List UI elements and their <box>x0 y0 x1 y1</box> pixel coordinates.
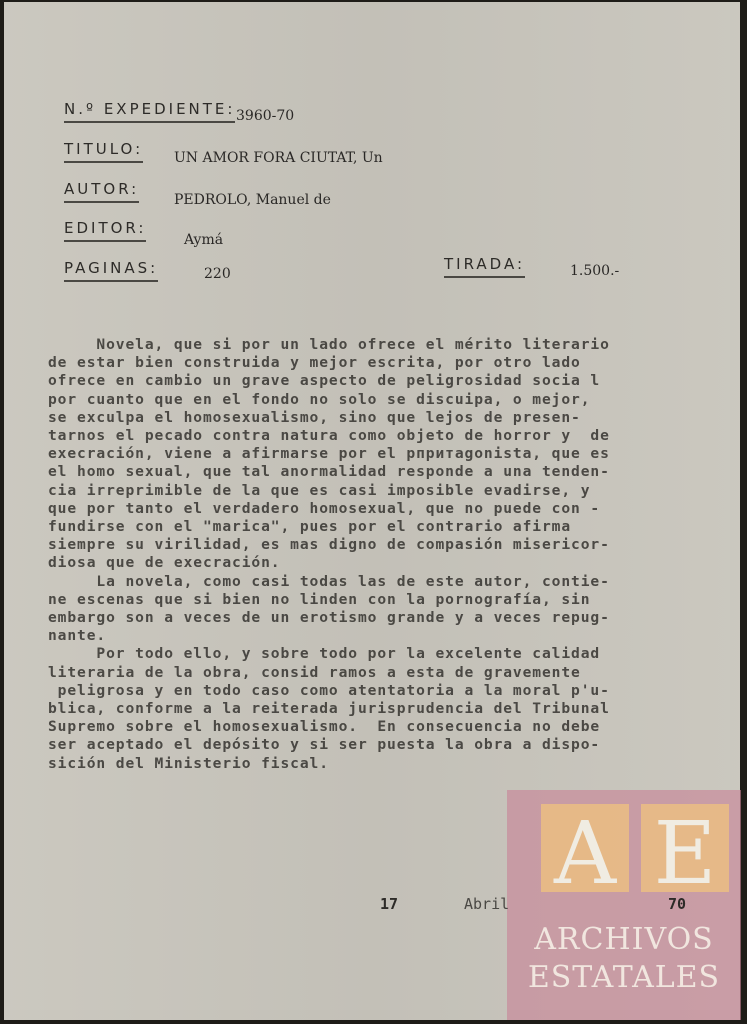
report-line: diosa que de execración. <box>48 554 747 572</box>
report-line: nante. <box>48 627 747 645</box>
document-page: N.º EXPEDIENTE: 3960-70 TITULO: UN AMOR … <box>4 2 740 1020</box>
report-line: Por todo ello, y sobre todo por la excel… <box>48 645 747 663</box>
tirada-label: TIRADA: <box>444 255 525 278</box>
paginas-label: PAGINAS: <box>64 259 158 282</box>
watermark-letter-e: E <box>641 804 729 892</box>
editor-label: EDITOR: <box>64 219 146 242</box>
report-line: que por tanto el verdadero homosexual, q… <box>48 500 747 518</box>
report-line: ofrece en cambio un grave aspecto de pel… <box>48 372 747 390</box>
report-line: de estar bien construida y mejor escrita… <box>48 354 747 372</box>
report-line: Supremo sobre el homosexualismo. En cons… <box>48 718 747 736</box>
report-line: tarnos el pecado contra natura como obje… <box>48 427 747 445</box>
report-line: ne escenas que si bien no linden con la … <box>48 591 747 609</box>
report-line: siempre su virilidad, es mas digno de co… <box>48 536 747 554</box>
report-line: peligrosa y en todo caso como atentatori… <box>48 682 747 700</box>
watermark-line1: ARCHIVOS <box>507 922 741 957</box>
editor-value: Aymá <box>184 232 223 248</box>
paginas-value: 220 <box>204 266 231 282</box>
titulo-value: UN AMOR FORA CIUTAT, Un <box>174 150 383 166</box>
tirada-value: 1.500.- <box>570 263 619 279</box>
report-line: Novela, que si por un lado ofrece el mér… <box>48 336 747 354</box>
titulo-label: TITULO: <box>64 140 143 163</box>
report-line: ser aceptado el depósito y si ser puesta… <box>48 736 747 754</box>
date-month: Abril <box>464 895 509 913</box>
date-day: 17 <box>380 895 398 913</box>
date-year: 70 <box>668 895 686 913</box>
report-line: sición del Ministerio fiscal. <box>48 755 747 773</box>
report-line: por cuanto que en el fondo no solo se di… <box>48 391 747 409</box>
watermark-line2: ESTATALES <box>507 960 741 995</box>
report-line: embargo son a veces de un erotismo grand… <box>48 609 747 627</box>
watermark-letter-a: A <box>541 804 629 892</box>
autor-value: PEDROLO, Manuel de <box>174 192 331 208</box>
expediente-label: N.º EXPEDIENTE: <box>64 100 235 123</box>
report-line: fundirse con el "marica", pues por el co… <box>48 518 747 536</box>
report-line: execración, viene a afirmarse por el pпр… <box>48 445 747 463</box>
archivos-estatales-watermark: A E ARCHIVOS ESTATALES <box>507 790 741 1020</box>
expediente-value: 3960-70 <box>236 108 294 124</box>
report-line: literaria de la obra, consid ramos a est… <box>48 664 747 682</box>
autor-label: AUTOR: <box>64 180 139 203</box>
report-line: cia irreprimible de la que es casi impos… <box>48 482 747 500</box>
report-body: Novela, que si por un lado ofrece el mér… <box>48 336 747 773</box>
report-line: se exculpa el homosexualismo, sino que l… <box>48 409 747 427</box>
report-line: blica, conforme a la reiterada jurisprud… <box>48 700 747 718</box>
report-line: el homo sexual, que tal anormalidad resp… <box>48 463 747 481</box>
report-line: La novela, como casi todas las de este a… <box>48 573 747 591</box>
